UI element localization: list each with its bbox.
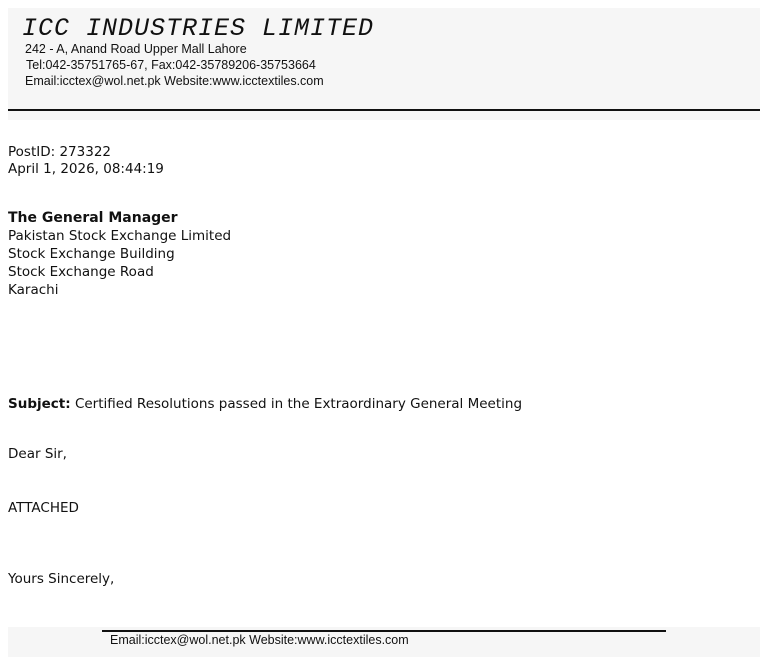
header-divider [8, 109, 760, 111]
company-email-website: Email:icctex@wol.net.pk Website:www.icct… [25, 74, 324, 88]
addressee-title: The General Manager [8, 209, 231, 227]
post-meta: PostID: 273322 April 1, 2026, 08:44:19 [8, 144, 164, 178]
letterhead: ICC INDUSTRIES LIMITED 242 - A, Anand Ro… [8, 8, 760, 120]
subject-label: Subject: [8, 396, 71, 412]
footer-email-website: Email:icctex@wol.net.pk Website:www.icct… [110, 633, 409, 647]
company-phone-fax: Tel:042-35751765-67, Fax:042-35789206-35… [26, 58, 316, 72]
post-datetime: April 1, 2026, 08:44:19 [8, 161, 164, 178]
company-address: 242 - A, Anand Road Upper Mall Lahore [25, 42, 247, 56]
subject-text: Certified Resolutions passed in the Extr… [75, 396, 522, 412]
subject-line: Subject: Certified Resolutions passed in… [8, 395, 522, 413]
salutation: Dear Sir, [8, 445, 67, 463]
addressee-line: Stock Exchange Road [8, 263, 231, 281]
letter-body: ATTACHED [8, 499, 79, 517]
company-name: ICC INDUSTRIES LIMITED [22, 14, 374, 43]
addressee-line: Karachi [8, 281, 231, 299]
addressee-line: Pakistan Stock Exchange Limited [8, 227, 231, 245]
footer: Email:icctex@wol.net.pk Website:www.icct… [8, 627, 760, 657]
closing: Yours Sincerely, [8, 570, 114, 588]
footer-divider [102, 630, 666, 632]
addressee-line: Stock Exchange Building [8, 245, 231, 263]
addressee-block: The General Manager Pakistan Stock Excha… [8, 209, 231, 299]
post-id: PostID: 273322 [8, 144, 164, 161]
